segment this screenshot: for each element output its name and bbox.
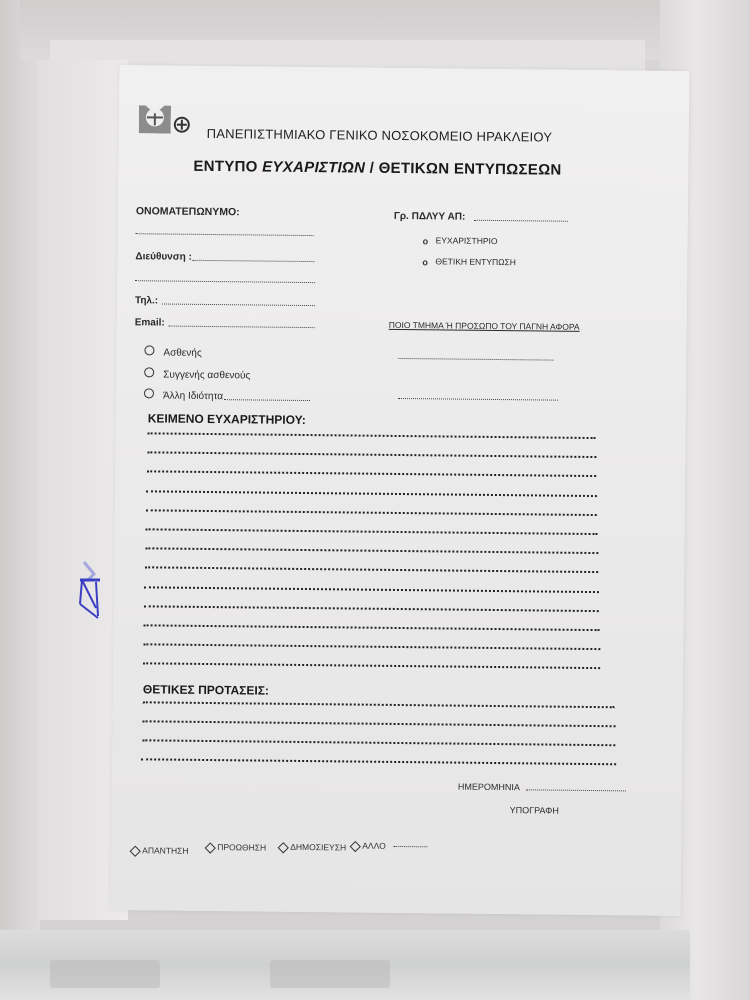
office-option-reply[interactable]: ΑΠΑΝΤΗΣΗ: [131, 845, 188, 856]
office-option-publish[interactable]: ΔΗΜΟΣΙΕΥΣΗ: [279, 842, 346, 853]
bullet-icon: o: [423, 236, 429, 246]
logo-group: [139, 105, 190, 134]
phone-field[interactable]: [162, 303, 315, 306]
writing-line[interactable]: [143, 663, 601, 670]
email-field[interactable]: [169, 326, 315, 329]
diamond-checkbox-icon: [130, 845, 141, 856]
signature-label: ΥΠΟΓΡΑΦΗ: [510, 805, 559, 816]
writing-line[interactable]: [147, 471, 597, 478]
address-field-2[interactable]: [135, 280, 315, 283]
protocol-label: Γρ. ΠΔΛΥΥ ΑΠ:: [394, 211, 466, 223]
greek-state-seal-icon: [174, 117, 190, 133]
writing-line[interactable]: [142, 720, 615, 727]
university-logo-icon: [139, 105, 171, 133]
hospital-name: ΠΑΝΕΠΙΣΤΗΜΙΑΚΟ ΓΕΝΙΚΟ ΝΟΣΟΚΟΜΕΙΟ ΗΡΑΚΛΕΙ…: [207, 126, 553, 145]
background-shelf: [0, 930, 690, 1000]
concerns-field-2[interactable]: [398, 398, 558, 401]
writing-line[interactable]: [144, 586, 598, 593]
protocol-number-field[interactable]: [474, 220, 568, 222]
name-field[interactable]: [136, 233, 314, 236]
form-title: ΕΝΤΥΠΟ ΕΥΧΑΡΙΣΤΙΩΝ / ΘΕΤΙΚΩΝ ΕΝΤΥΠΩΣΕΩΝ: [193, 158, 561, 179]
writing-line[interactable]: [147, 452, 596, 459]
radio-other-label: Άλλη Ιδιότητα: [163, 391, 223, 403]
writing-line[interactable]: [144, 605, 599, 612]
date-field[interactable]: [526, 789, 626, 791]
concerns-label: ΠΟΙΟ ΤΜΗΜΑ Ή ΠΡΟΣΩΠΟ ΤΟΥ ΠΑΓΝΗ ΑΦΟΡΑ: [389, 320, 580, 332]
writing-line[interactable]: [146, 490, 596, 497]
date-label: ΗΜΕΡΟΜΗΝΙΑ: [458, 782, 520, 793]
background-frame-left: [0, 0, 40, 1000]
radio-relative-label: Συγγενής ασθενούς: [163, 370, 250, 382]
writing-line[interactable]: [142, 739, 616, 746]
writing-line[interactable]: [148, 432, 596, 439]
suggestions-heading: ΘΕΤΙΚΕΣ ΠΡΟΤΑΣΕΙΣ:: [143, 682, 269, 697]
diamond-checkbox-icon: [350, 841, 361, 852]
office-option-forward[interactable]: ΠΡΟΩΘΗΣΗ: [206, 842, 266, 853]
office-other-field[interactable]: [393, 846, 427, 847]
writing-line[interactable]: [143, 701, 615, 708]
writing-line[interactable]: [142, 758, 616, 765]
name-label: ΟΝΟΜΑΤΕΠΩΝΥΜΟ:: [136, 205, 240, 218]
writing-line[interactable]: [143, 644, 600, 651]
radio-relative[interactable]: [144, 367, 154, 377]
writing-line[interactable]: [146, 509, 597, 516]
feedback-form-paper: ΠΑΝΕΠΙΣΤΗΜΙΑΚΟ ΓΕΝΙΚΟ ΝΟΣΟΚΟΜΕΙΟ ΗΡΑΚΛΕΙ…: [111, 65, 690, 916]
diamond-checkbox-icon: [278, 842, 289, 853]
concerns-field-1[interactable]: [398, 358, 553, 361]
diamond-checkbox-icon: [205, 842, 216, 853]
bullet-icon: o: [422, 257, 428, 267]
option-positive-impression[interactable]: ΘΕΤΙΚΗ ΕΝΤΥΠΩΣΗ: [435, 256, 516, 267]
radio-other[interactable]: [144, 388, 154, 398]
writing-line[interactable]: [144, 624, 600, 631]
writing-line[interactable]: [145, 567, 599, 574]
radio-patient-label: Ασθενής: [163, 348, 201, 359]
phone-label: Τηλ.:: [135, 295, 158, 306]
email-label: Email:: [135, 317, 165, 328]
option-thanks[interactable]: ΕΥΧΑΡΙΣΤΗΡΙΟ: [436, 235, 498, 246]
writing-line[interactable]: [145, 548, 598, 555]
writing-line[interactable]: [146, 528, 598, 535]
thanks-text-heading: ΚΕΙΜΕΝΟ ΕΥΧΑΡΙΣΤΗΡΙΟΥ:: [148, 411, 306, 427]
other-capacity-field[interactable]: [224, 399, 310, 401]
address-label: Διεύθυνση :: [135, 251, 192, 263]
office-option-other[interactable]: ΑΛΛΟ: [351, 841, 386, 851]
handwritten-blue-mark-icon: [76, 558, 104, 620]
address-field[interactable]: [192, 260, 314, 262]
radio-patient[interactable]: [144, 345, 154, 355]
